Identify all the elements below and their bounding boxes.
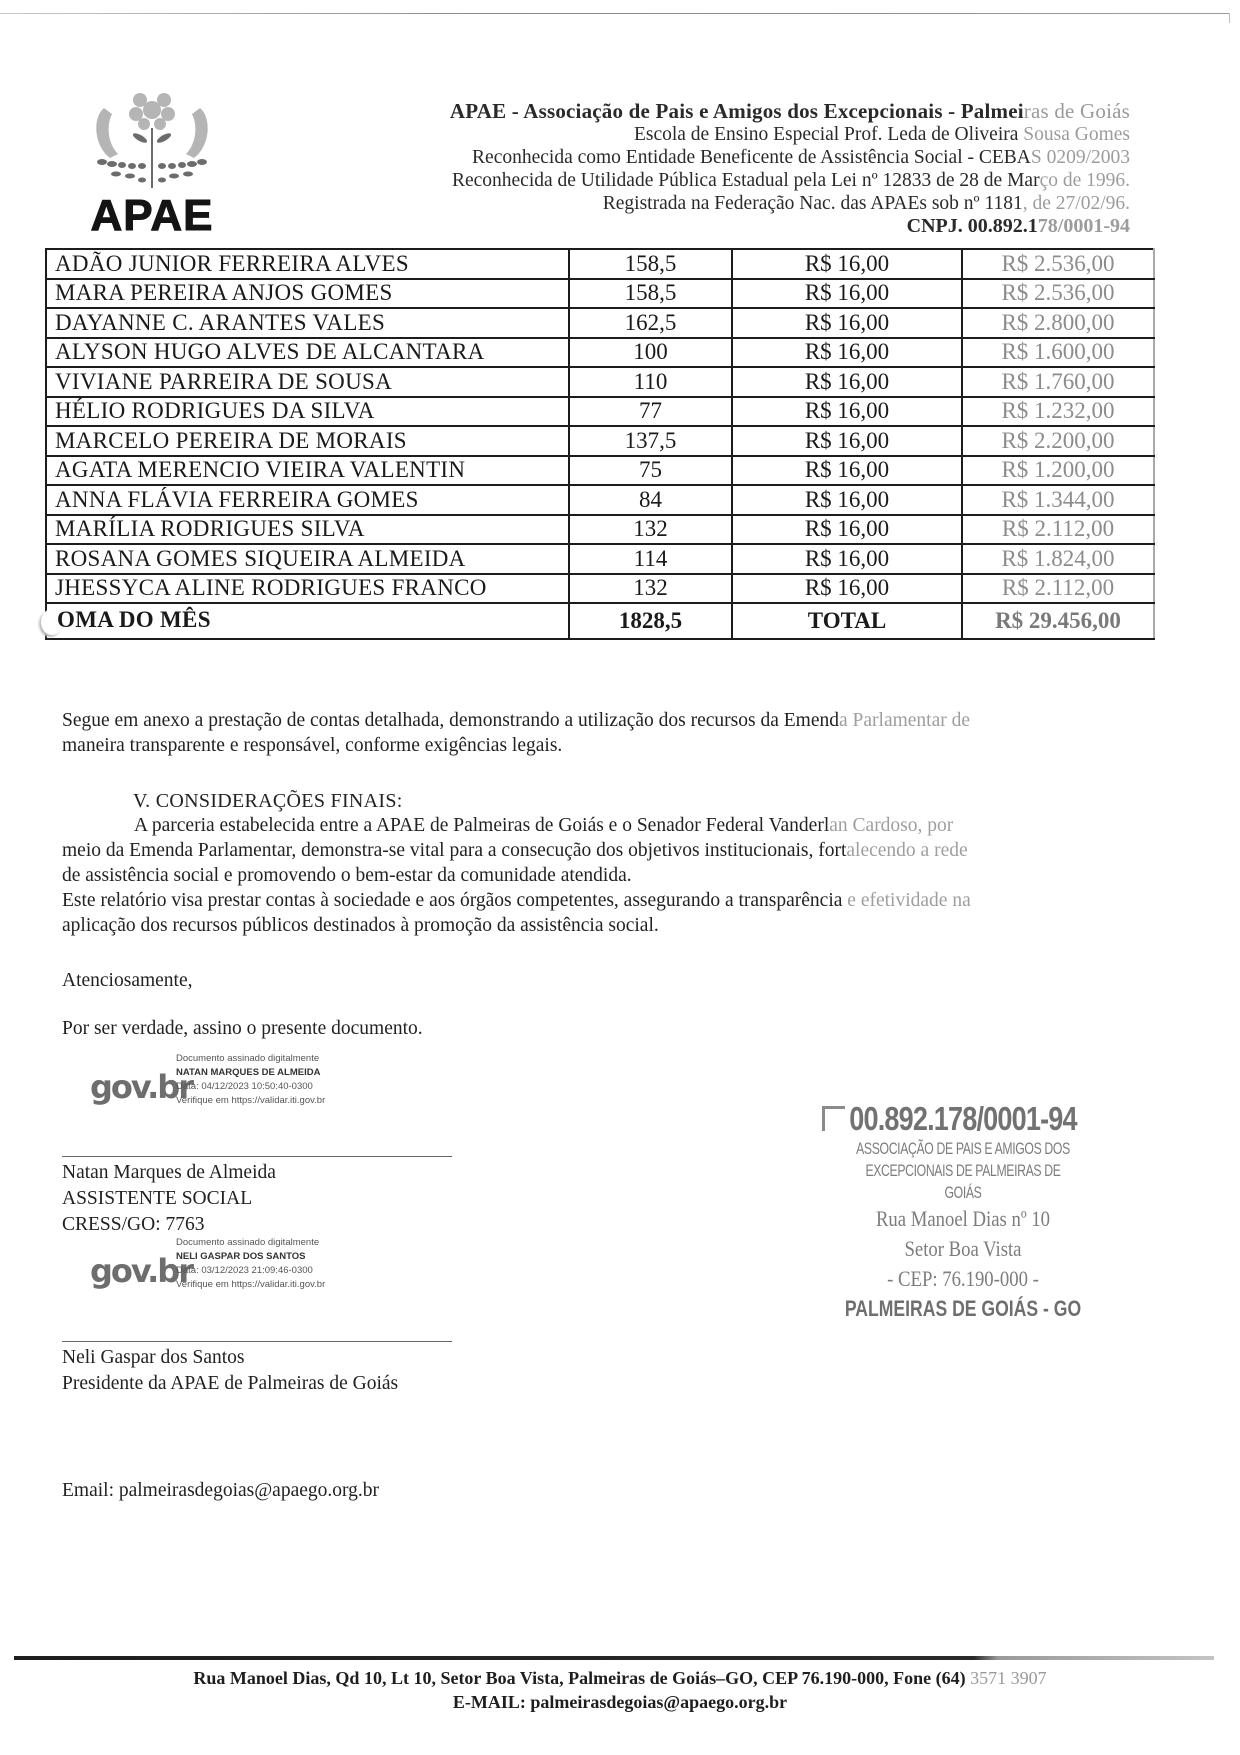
employee-name: ROSANA GOMES SIQUEIRA ALMEIDA xyxy=(46,544,569,574)
hourly-rate: R$ 16,00 xyxy=(732,397,962,427)
hours-payment-table: ADÃO JUNIOR FERREIRA ALVES158,5R$ 16,00R… xyxy=(45,248,1155,640)
cnpj-stamp: 00.892.178/0001-94 ASSOCIAÇÃO DE PAIS E … xyxy=(808,1100,1118,1324)
table-row: VIVIANE PARREIRA DE SOUSA110R$ 16,00R$ 1… xyxy=(46,367,1154,397)
cebas-line: Reconhecida como Entidade Beneficente de… xyxy=(230,146,1130,169)
public-utility-main: Reconhecida de Utilidade Pública Estadua… xyxy=(452,170,1040,191)
footer-rule xyxy=(14,1656,1214,1660)
org-name: APAE - Associação de Pais e Amigos dos E… xyxy=(230,100,1130,123)
employee-name: MARÍLIA RODRIGUES SILVA xyxy=(46,515,569,545)
employee-name: MARA PEREIRA ANJOS GOMES xyxy=(46,279,569,309)
hours-worked: 100 xyxy=(569,338,732,368)
report-line1-main: Este relatório visa prestar contas à soc… xyxy=(62,890,842,911)
flower-hands-emblem-icon xyxy=(82,88,222,196)
stamp-district: Setor Boa Vista xyxy=(831,1234,1095,1264)
total-amount: R$ 29.456,00 xyxy=(962,603,1154,639)
hours-worked: 132 xyxy=(569,515,732,545)
considerations-line2-main: meio da Emenda Parlamentar, demonstra-se… xyxy=(62,840,846,861)
top-rule-tail xyxy=(1229,13,1230,23)
public-utility-faded: ço de 1996. xyxy=(1040,170,1130,191)
hourly-rate: R$ 16,00 xyxy=(732,574,962,604)
annex-paragraph: Segue em anexo a prestação de contas det… xyxy=(62,708,1162,758)
table-row: HÉLIO RODRIGUES DA SILVA77R$ 16,00R$ 1.2… xyxy=(46,397,1154,427)
employee-name: VIVIANE PARREIRA DE SOUSA xyxy=(46,367,569,397)
table-row: ANNA FLÁVIA FERREIRA GOMES84R$ 16,00R$ 1… xyxy=(46,485,1154,515)
signature-meta: Documento assinado digitalmente NATAN MA… xyxy=(176,1052,325,1108)
considerations-line2-faded: alecendo a rede xyxy=(846,840,967,861)
signature-verify-link: Verifique em https://validar.iti.gov.br xyxy=(176,1094,325,1108)
school-name-main: Escola de Ensino Especial Prof. Leda de … xyxy=(634,124,1023,145)
hours-worked: 158,5 xyxy=(569,249,732,279)
total-label-cell: OMA DO MÊS xyxy=(46,603,569,639)
stamp-cnpj: 00.892.178/0001-94 xyxy=(836,1100,1090,1138)
employee-name: DAYANNE C. ARANTES VALES xyxy=(46,308,569,338)
amount-paid: R$ 2.112,00 xyxy=(962,574,1154,604)
employee-name: ALYSON HUGO ALVES DE ALCANTARA xyxy=(46,338,569,368)
hourly-rate: R$ 16,00 xyxy=(732,456,962,486)
amount-paid: R$ 1.824,00 xyxy=(962,544,1154,574)
signer-name: Natan Marques de Almeida xyxy=(62,1160,276,1186)
hours-worked: 137,5 xyxy=(569,426,732,456)
federation-main: Registrada na Federação Nac. das APAEs s… xyxy=(603,193,1023,214)
stamp-org-line1: ASSOCIAÇÃO DE PAIS E AMIGOS DOS xyxy=(851,1138,1074,1160)
govbr-signature-natan: gov.br Documento assinado digitalmente N… xyxy=(90,1052,410,1122)
considerations-line1-main: A parceria estabelecida entre a APAE de … xyxy=(134,815,829,836)
hours-worked: 75 xyxy=(569,456,732,486)
hourly-rate: R$ 16,00 xyxy=(732,308,962,338)
org-name-main: APAE - Associação de Pais e Amigos dos E… xyxy=(450,99,1024,123)
signature-caption: Documento assinado digitalmente xyxy=(176,1236,325,1250)
annex-text-line2: maneira transparente e responsável, conf… xyxy=(62,735,562,756)
considerations-line3: de assistência social e promovendo o bem… xyxy=(62,865,632,886)
amount-paid: R$ 2.112,00 xyxy=(962,515,1154,545)
hours-worked: 84 xyxy=(569,485,732,515)
contact-email: Email: palmeirasdegoias@apaego.org.br xyxy=(62,1480,379,1502)
employee-name: MARCELO PEREIRA DE MORAIS xyxy=(46,426,569,456)
hourly-rate: R$ 16,00 xyxy=(732,485,962,515)
logo-wordmark: APAE xyxy=(72,194,232,238)
public-utility-line: Reconhecida de Utilidade Pública Estadua… xyxy=(230,169,1130,192)
signer-role: Presidente da APAE de Palmeiras de Goiás xyxy=(62,1371,398,1397)
hourly-rate: R$ 16,00 xyxy=(732,279,962,309)
hourly-rate: R$ 16,00 xyxy=(732,544,962,574)
report-line1-faded: e efetividade na xyxy=(842,890,970,911)
hourly-rate: R$ 16,00 xyxy=(732,426,962,456)
amount-paid: R$ 1.600,00 xyxy=(962,338,1154,368)
table-row: JHESSYCA ALINE RODRIGUES FRANCO132R$ 16,… xyxy=(46,574,1154,604)
org-name-faded: ras de Goiás xyxy=(1024,99,1130,123)
closing-attestation: Por ser verdade, assino o presente docum… xyxy=(62,1018,423,1040)
amount-paid: R$ 1.232,00 xyxy=(962,397,1154,427)
considerations-line1-faded: an Cardoso, por xyxy=(829,815,953,836)
closing-salutation: Atenciosamente, xyxy=(62,970,193,992)
signature-caption: Documento assinado digitalmente xyxy=(176,1052,325,1066)
signer-name: Neli Gaspar dos Santos xyxy=(62,1345,398,1371)
section-title: V. CONSIDERAÇÕES FINAIS: xyxy=(133,790,403,813)
amount-paid: R$ 2.800,00 xyxy=(962,308,1154,338)
stamp-cep: - CEP: 76.190-000 - xyxy=(831,1264,1095,1294)
cebas-main: Reconhecida como Entidade Beneficente de… xyxy=(472,147,1031,168)
federation-line: Registrada na Federação Nac. das APAEs s… xyxy=(230,192,1130,215)
hours-worked: 162,5 xyxy=(569,308,732,338)
total-label: OMA DO MÊS xyxy=(57,607,211,632)
amount-paid: R$ 1.200,00 xyxy=(962,456,1154,486)
cnpj-line: CNPJ. 00.892.178/0001-94 xyxy=(230,215,1130,238)
hours-worked: 114 xyxy=(569,544,732,574)
table-row: ADÃO JUNIOR FERREIRA ALVES158,5R$ 16,00R… xyxy=(46,249,1154,279)
hourly-rate: R$ 16,00 xyxy=(732,367,962,397)
hourly-rate: R$ 16,00 xyxy=(732,515,962,545)
table-row: ALYSON HUGO ALVES DE ALCANTARA100R$ 16,0… xyxy=(46,338,1154,368)
signature-signer: NATAN MARQUES DE ALMEIDA xyxy=(176,1066,325,1080)
amount-paid: R$ 1.760,00 xyxy=(962,367,1154,397)
cebas-faded: S 0209/2003 xyxy=(1031,147,1130,168)
employee-name: AGATA MERENCIO VIEIRA VALENTIN xyxy=(46,456,569,486)
footer-email: E-MAIL: palmeirasdegoias@apaego.org.br xyxy=(0,1692,1240,1713)
hours-worked: 132 xyxy=(569,574,732,604)
federation-faded: , de 27/02/96. xyxy=(1023,193,1130,214)
employee-name: JHESSYCA ALINE RODRIGUES FRANCO xyxy=(46,574,569,604)
table-row: MARÍLIA RODRIGUES SILVA132R$ 16,00R$ 2.1… xyxy=(46,515,1154,545)
signature-date: Data: 03/12/2023 21:09:46-0300 xyxy=(176,1264,325,1278)
signature-date: Data: 04/12/2023 10:50:40-0300 xyxy=(176,1080,325,1094)
employee-name: ADÃO JUNIOR FERREIRA ALVES xyxy=(46,249,569,279)
table-row: DAYANNE C. ARANTES VALES162,5R$ 16,00R$ … xyxy=(46,308,1154,338)
amount-paid: R$ 2.536,00 xyxy=(962,279,1154,309)
report-line2: aplicação dos recursos públicos destinad… xyxy=(62,915,659,936)
footer-address-faded: 3571 3907 xyxy=(966,1668,1047,1688)
signature-verify-link: Verifique em https://validar.iti.gov.br xyxy=(176,1278,325,1292)
stamp-org-line2: EXCEPCIONAIS DE PALMEIRAS DE GOIÁS xyxy=(851,1160,1074,1204)
considerations-paragraph: A parceria estabelecida entre a APAE de … xyxy=(62,813,1162,938)
signer-block-natan: Natan Marques de Almeida ASSISTENTE SOCI… xyxy=(62,1160,276,1238)
hours-worked: 158,5 xyxy=(569,279,732,309)
amount-paid: R$ 1.344,00 xyxy=(962,485,1154,515)
table-row: MARA PEREIRA ANJOS GOMES158,5R$ 16,00R$ … xyxy=(46,279,1154,309)
table-row: MARCELO PEREIRA DE MORAIS137,5R$ 16,00R$… xyxy=(46,426,1154,456)
footer-address: Rua Manoel Dias, Qd 10, Lt 10, Setor Boa… xyxy=(0,1668,1240,1689)
amount-paid: R$ 2.536,00 xyxy=(962,249,1154,279)
signature-meta: Documento assinado digitalmente NELI GAS… xyxy=(176,1236,325,1292)
annex-text-faded: a Parlamentar de xyxy=(839,710,970,731)
annex-text-main: Segue em anexo a prestação de contas det… xyxy=(62,710,839,731)
total-hours: 1828,5 xyxy=(569,603,732,639)
table-row: ROSANA GOMES SIQUEIRA ALMEIDA114R$ 16,00… xyxy=(46,544,1154,574)
govbr-signature-neli: gov.br Documento assinado digitalmente N… xyxy=(90,1236,410,1306)
signature-line xyxy=(62,1341,452,1342)
stamp-street: Rua Manoel Dias nº 10 xyxy=(831,1204,1095,1234)
hours-worked: 110 xyxy=(569,367,732,397)
school-name: Escola de Ensino Especial Prof. Leda de … xyxy=(230,123,1130,146)
stamp-city: PALMEIRAS DE GOIÁS - GO xyxy=(839,1294,1087,1324)
cnpj-faded: 78/0001-94 xyxy=(1038,215,1130,237)
apae-logo: APAE xyxy=(72,88,232,240)
amount-paid: R$ 2.200,00 xyxy=(962,426,1154,456)
signature-signer: NELI GASPAR DOS SANTOS xyxy=(176,1250,325,1264)
hours-worked: 77 xyxy=(569,397,732,427)
total-rate-label: TOTAL xyxy=(732,603,962,639)
hourly-rate: R$ 16,00 xyxy=(732,338,962,368)
org-letterhead: APAE - Associação de Pais e Amigos dos E… xyxy=(230,100,1130,238)
school-name-faded: Sousa Gomes xyxy=(1023,124,1130,145)
top-rule xyxy=(0,13,1230,14)
hourly-rate: R$ 16,00 xyxy=(732,249,962,279)
employee-name: HÉLIO RODRIGUES DA SILVA xyxy=(46,397,569,427)
cnpj-main: CNPJ. 00.892.1 xyxy=(907,215,1038,237)
signature-line xyxy=(62,1156,452,1157)
signer-block-neli: Neli Gaspar dos Santos Presidente da APA… xyxy=(62,1345,398,1397)
employee-name: ANNA FLÁVIA FERREIRA GOMES xyxy=(46,485,569,515)
signer-registration: CRESS/GO: 7763 xyxy=(62,1212,276,1238)
total-row: OMA DO MÊS 1828,5 TOTAL R$ 29.456,00 xyxy=(46,603,1154,639)
footer-address-main: Rua Manoel Dias, Qd 10, Lt 10, Setor Boa… xyxy=(193,1668,965,1688)
signer-role: ASSISTENTE SOCIAL xyxy=(62,1186,276,1212)
table-row: AGATA MERENCIO VIEIRA VALENTIN75R$ 16,00… xyxy=(46,456,1154,486)
